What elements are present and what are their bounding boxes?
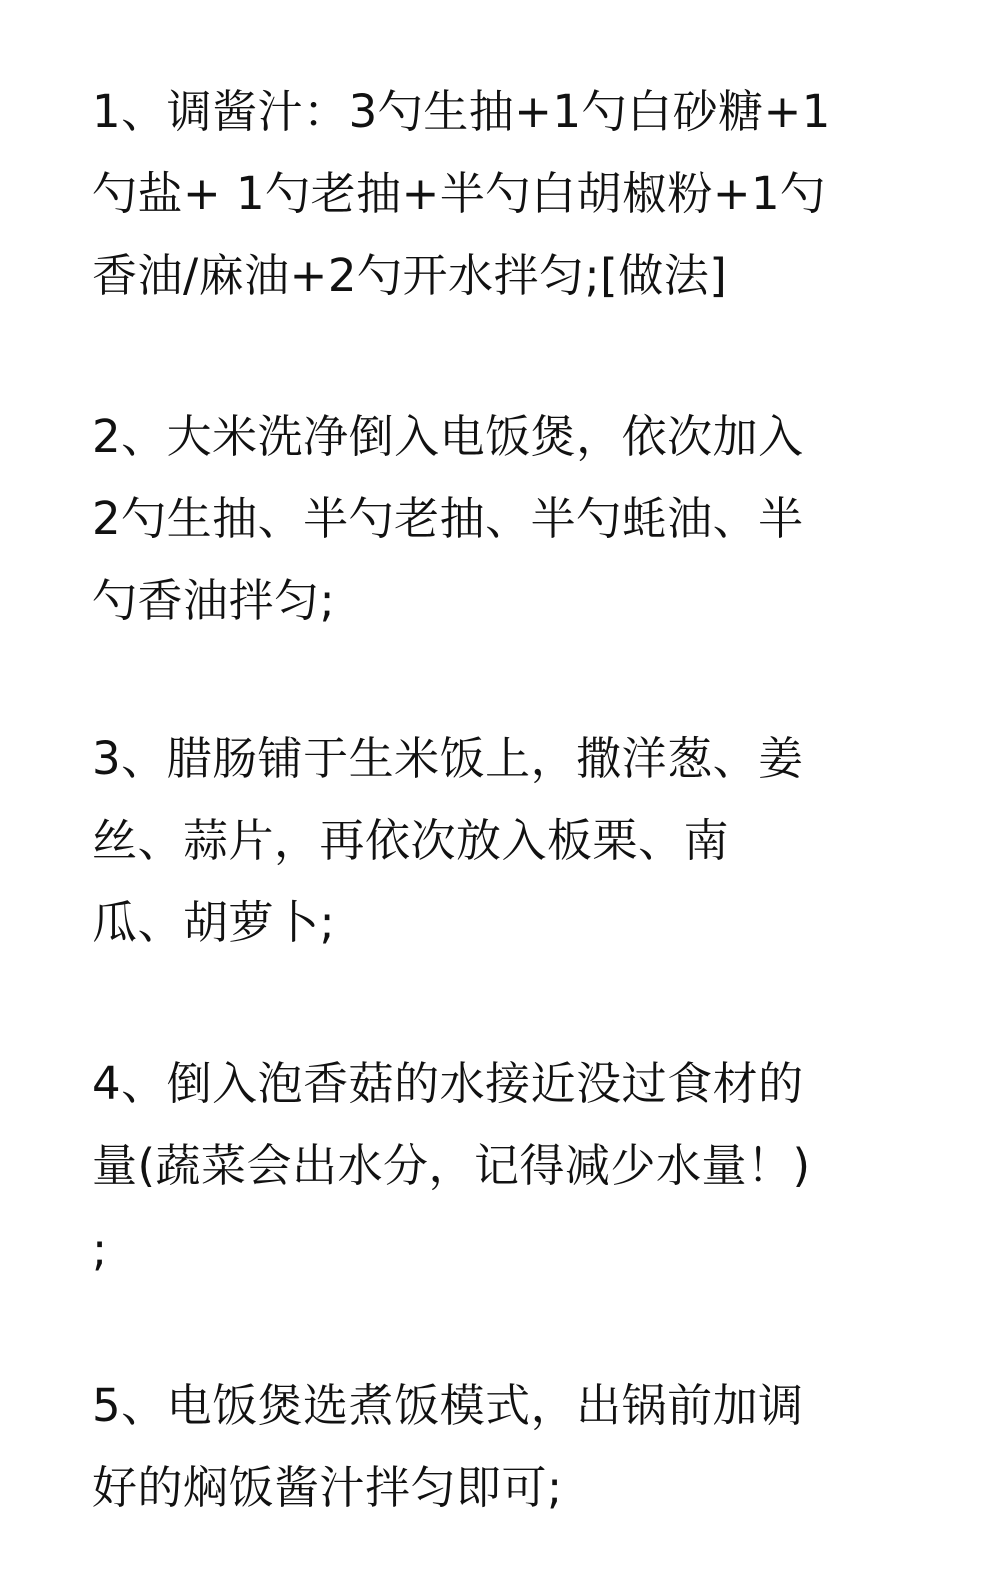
step-2-line-2: 2勺生抽、半勺老抽、半勺蚝油、半	[92, 491, 804, 547]
step-1-line-3: 香油/麻油+2勺开水拌匀;[做法]	[92, 248, 727, 304]
step-3-line-3: 瓜、胡萝卜;	[92, 895, 335, 951]
step-3-line-1: 3、腊肠铺于生米饭上，撒洋葱、姜	[92, 731, 804, 787]
step-4-line-1: 4、倒入泡香菇的水接近没过食材的	[92, 1056, 804, 1112]
step-5-line-1: 5、电饭煲选煮饭模式，出锅前加调	[92, 1378, 804, 1434]
step-3-line-2: 丝、蒜片，再依次放入板栗、南	[92, 813, 729, 869]
step-5-line-2: 好的焖饭酱汁拌匀即可;	[92, 1460, 563, 1516]
step-2-line-1: 2、大米洗净倒入电饭煲，依次加入	[92, 409, 804, 465]
step-4-line-3: ;	[92, 1222, 108, 1278]
step-2-line-3: 勺香油拌匀;	[92, 573, 335, 629]
step-1-line-1: 1、调酱汁：3勺生抽+1勺白砂糖+1	[92, 84, 831, 140]
recipe-document: 1、调酱汁：3勺生抽+1勺白砂糖+1 勺盐+ 1勺老抽+半勺白胡椒粉+1勺 香油…	[0, 0, 996, 1582]
step-1-line-2: 勺盐+ 1勺老抽+半勺白胡椒粉+1勺	[92, 166, 826, 222]
step-4-line-2: 量(蔬菜会出水分，记得减少水量！)	[92, 1138, 811, 1194]
